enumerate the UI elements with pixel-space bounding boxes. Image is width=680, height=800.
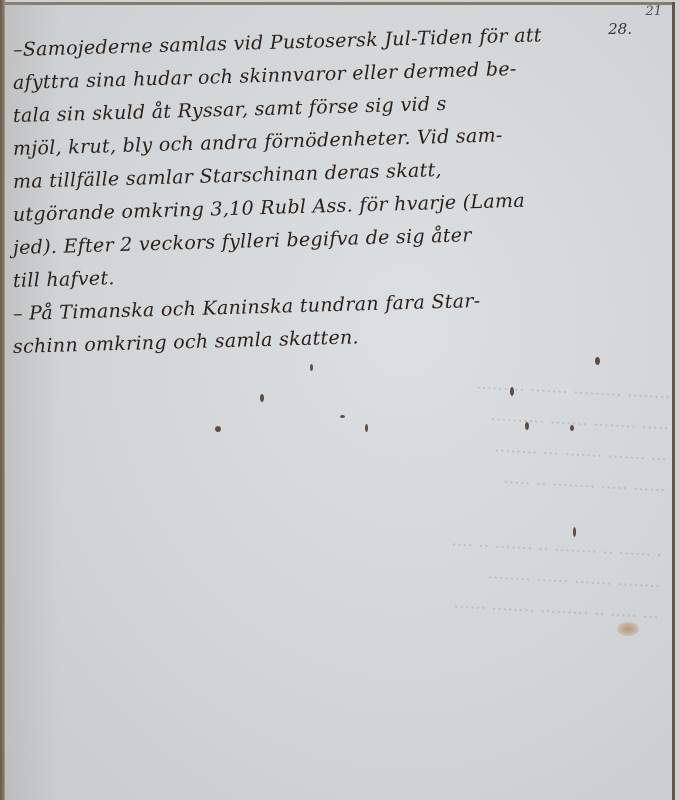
ink-speck	[525, 422, 529, 430]
ink-speck	[340, 415, 345, 418]
ink-speck	[365, 424, 368, 432]
page-top-edge	[5, 2, 672, 5]
ink-speck	[310, 364, 313, 371]
ink-speck	[260, 394, 264, 402]
ink-speck	[215, 426, 221, 432]
ink-speck	[573, 527, 576, 537]
manuscript-page: 21 28. –Samojederne samlas vid Pustosers…	[5, 2, 675, 800]
ink-speck	[570, 425, 574, 431]
ink-speck	[510, 387, 514, 396]
manuscript-text: –Samojederne samlas vid Pustosersk Jul-T…	[13, 34, 653, 364]
bleed-through-text: ........ ......... ....... ......... ...…	[39, 346, 671, 629]
scan-frame: 21 28. –Samojederne samlas vid Pustosers…	[0, 0, 680, 800]
ink-speck	[595, 357, 600, 365]
foxing-stain	[617, 622, 639, 636]
